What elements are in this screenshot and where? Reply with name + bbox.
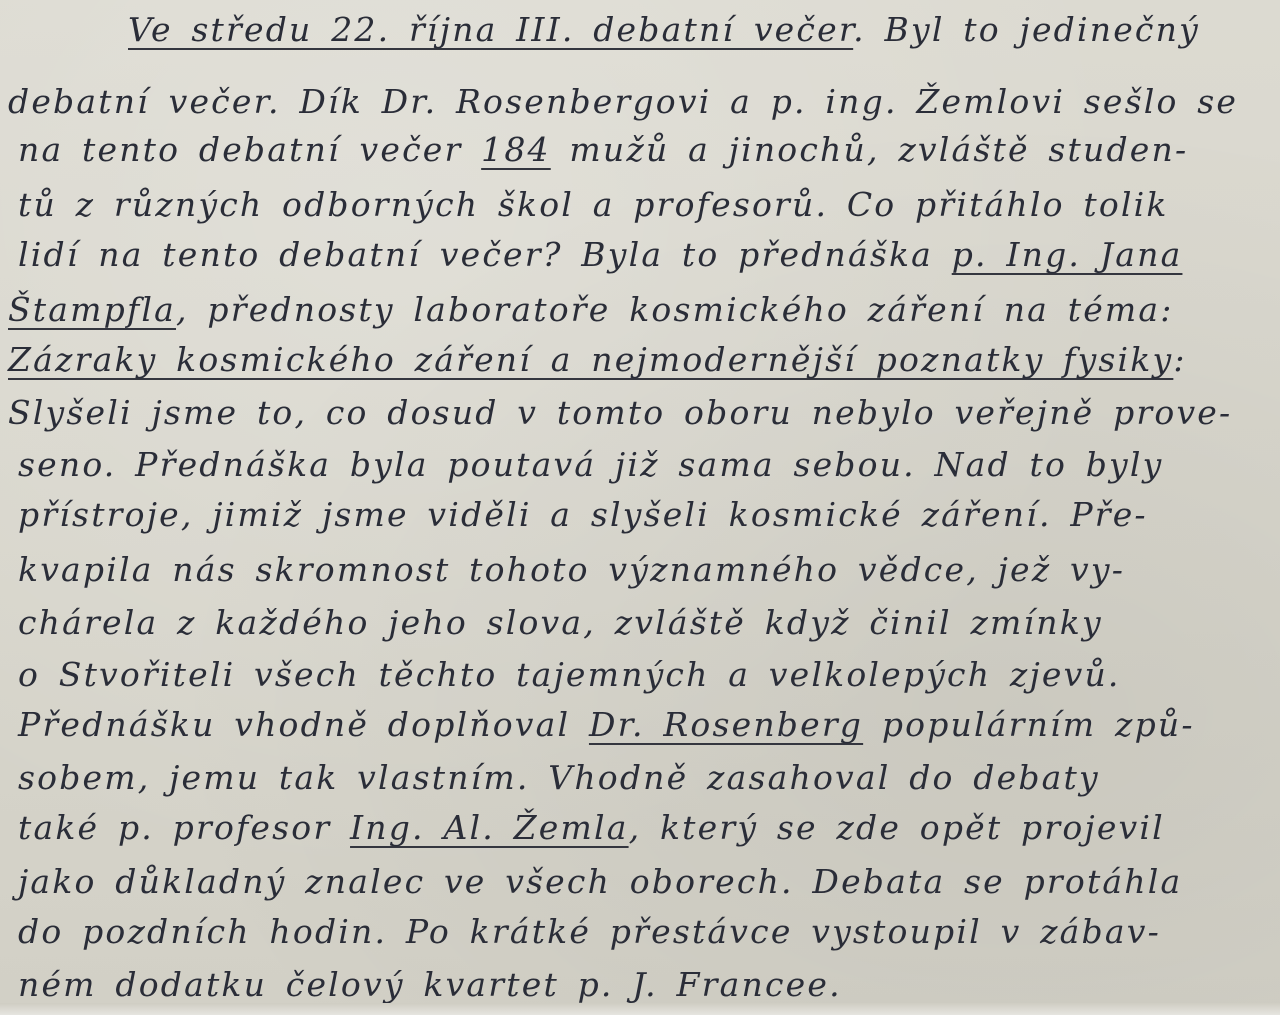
text-segment: chárela z každého jeho slova, zvláště kd… <box>18 603 1103 642</box>
text-line: Ve středu 22. října III. debatní večer. … <box>128 10 1200 50</box>
text-segment: kvapila nás skromnost tohoto významného … <box>18 550 1125 589</box>
underlined-phrase: Ve středu 22. října III. debatní večer <box>128 10 853 49</box>
underlined-phrase: čelový kvartet p. J. Francee. <box>286 965 842 1004</box>
text-segment: tů z různých odborných škol a profesorů.… <box>18 185 1169 224</box>
text-line: jako důkladný znalec ve všech oborech. D… <box>18 862 1182 902</box>
text-line: sobem, jemu tak vlastním. Vhodně zasahov… <box>18 758 1100 798</box>
text-segment: , který se zde opět projevil <box>629 808 1165 847</box>
text-line: Přednášku vhodně doplňoval Dr. Rosenberg… <box>18 705 1195 745</box>
text-segment: populárním způ- <box>863 705 1195 744</box>
text-segment: přístroje, jimiž jsme viděli a slyšeli k… <box>18 495 1148 534</box>
text-segment: do pozdních hodin. Po krátké přestávce v… <box>18 912 1161 951</box>
page-bottom-edge <box>0 1003 1280 1015</box>
text-line: tů z různých odborných škol a profesorů.… <box>18 185 1169 225</box>
text-line: ném dodatku čelový kvartet p. J. Francee… <box>18 965 842 1005</box>
text-line: debatní večer. Dík Dr. Rosenbergovi a p.… <box>8 82 1238 122</box>
text-line: chárela z každého jeho slova, zvláště kd… <box>18 603 1103 643</box>
text-segment: : <box>1173 340 1186 379</box>
text-line: Štampfla, přednosty laboratoře kosmickéh… <box>8 290 1174 330</box>
underlined-phrase: Štampfla <box>8 290 176 329</box>
text-segment: , přednosty laboratoře kosmického záření… <box>176 290 1174 329</box>
text-segment: . Byl to jedinečný <box>853 10 1200 49</box>
text-segment: Slyšeli jsme to, co dosud v tomto oboru … <box>8 393 1232 432</box>
text-segment: seno. Přednáška byla poutavá již sama se… <box>18 445 1163 484</box>
text-line: seno. Přednáška byla poutavá již sama se… <box>18 445 1163 485</box>
text-segment: také p. profesor <box>18 808 350 847</box>
text-line: do pozdních hodin. Po krátké přestávce v… <box>18 912 1161 952</box>
underlined-phrase: Dr. Rosenberg <box>589 705 863 744</box>
handwritten-page: Ve středu 22. října III. debatní večer. … <box>0 0 1280 1015</box>
text-segment: o Stvořiteli všech těchto tajemných a ve… <box>18 655 1121 694</box>
text-segment: na tento debatní večer <box>18 130 481 169</box>
text-line: Zázraky kosmického záření a nejmodernějš… <box>8 340 1187 380</box>
text-segment: debatní večer. Dík Dr. Rosenbergovi a p.… <box>8 82 1238 121</box>
underlined-phrase: Zázraky kosmického záření a nejmodernějš… <box>8 340 1173 379</box>
text-line: Slyšeli jsme to, co dosud v tomto oboru … <box>8 393 1232 433</box>
text-line: lidí na tento debatní večer? Byla to pře… <box>18 235 1182 275</box>
underlined-phrase: p. Ing. Jana <box>952 235 1183 274</box>
text-segment: lidí na tento debatní večer? Byla to pře… <box>18 235 952 274</box>
text-segment: sobem, jemu tak vlastním. Vhodně zasahov… <box>18 758 1100 797</box>
text-line: také p. profesor Ing. Al. Žemla, který s… <box>18 808 1165 848</box>
text-segment: mužů a jinochů, zvláště studen- <box>551 130 1189 169</box>
text-line: přístroje, jimiž jsme viděli a slyšeli k… <box>18 495 1148 535</box>
underlined-phrase: Ing. Al. Žemla <box>350 808 629 847</box>
text-segment: jako důkladný znalec ve všech oborech. D… <box>18 862 1182 901</box>
text-line: o Stvořiteli všech těchto tajemných a ve… <box>18 655 1121 695</box>
underlined-phrase: 184 <box>481 130 551 169</box>
text-segment: ném dodatku <box>18 965 286 1004</box>
text-line: na tento debatní večer 184 mužů a jinoch… <box>18 130 1188 170</box>
text-segment: Přednášku vhodně doplňoval <box>18 705 589 744</box>
text-line: kvapila nás skromnost tohoto významného … <box>18 550 1125 590</box>
